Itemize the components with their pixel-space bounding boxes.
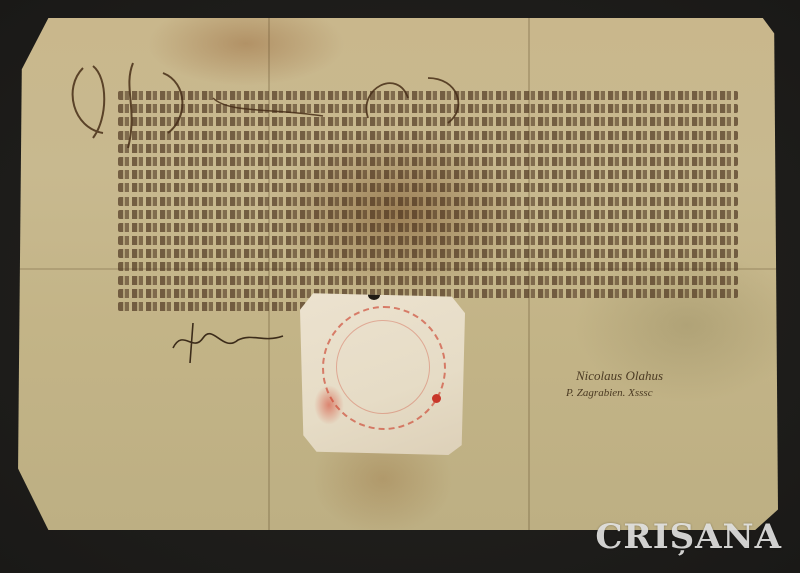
signature-right: Nicolaus Olahus P. Zagrabien. Xsssc [566,368,736,399]
text-line [118,223,738,232]
text-line [118,170,738,179]
text-line [118,236,738,245]
seal-ring-icon [336,320,430,414]
text-line [118,262,738,271]
dark-background: Nicolaus Olahus P. Zagrabien. Xsssc CRIȘ… [0,0,800,573]
watermark-logo: CRIȘANA [595,517,782,557]
wax-seal [300,290,465,455]
text-line [118,249,738,258]
wax-blot [432,394,441,403]
text-line [118,157,738,166]
text-line [118,91,738,100]
text-line [118,131,738,140]
text-line [118,117,738,126]
text-line [118,276,738,285]
signature-line: Nicolaus Olahus [576,368,736,384]
text-line [118,183,738,192]
text-line [118,197,738,206]
signature-line: P. Zagrabien. Xsssc [566,387,736,399]
text-line [118,144,738,153]
charter-text [118,91,738,315]
text-line [118,104,738,113]
signature-left [168,318,288,363]
wax-smear [314,385,344,425]
text-line [118,210,738,219]
